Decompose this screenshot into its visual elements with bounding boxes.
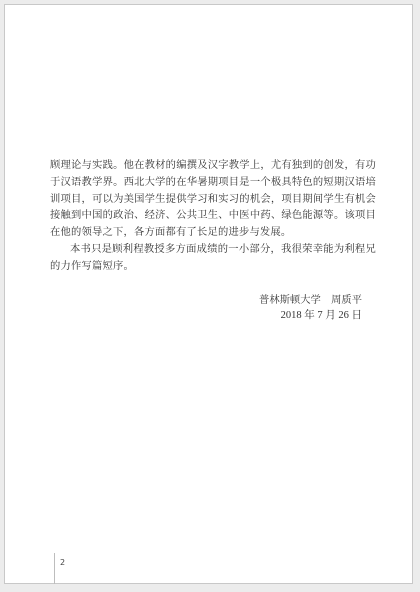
paragraph-2: 本书只是顾利程教授多方面成绩的一小部分，我很荣幸能为利程兄的力作写篇短序。 [50, 241, 376, 275]
body-text: 顾理论与实践。他在教材的编撰及汉字教学上，尤有独到的创发，有功于汉语教学界。西北… [50, 157, 376, 275]
page-gap [0, 584, 420, 592]
signature-author: 普林斯顿大学 周质平 [259, 291, 362, 306]
document-page: 顾理论与实践。他在教材的编撰及汉字教学上，尤有独到的创发，有功于汉语教学界。西北… [4, 4, 413, 584]
paragraph-1: 顾理论与实践。他在教材的编撰及汉字教学上，尤有独到的创发，有功于汉语教学界。西北… [50, 157, 376, 241]
signature-date: 2018 年 7 月 26 日 [281, 307, 362, 322]
page-number: 2 [60, 558, 65, 567]
